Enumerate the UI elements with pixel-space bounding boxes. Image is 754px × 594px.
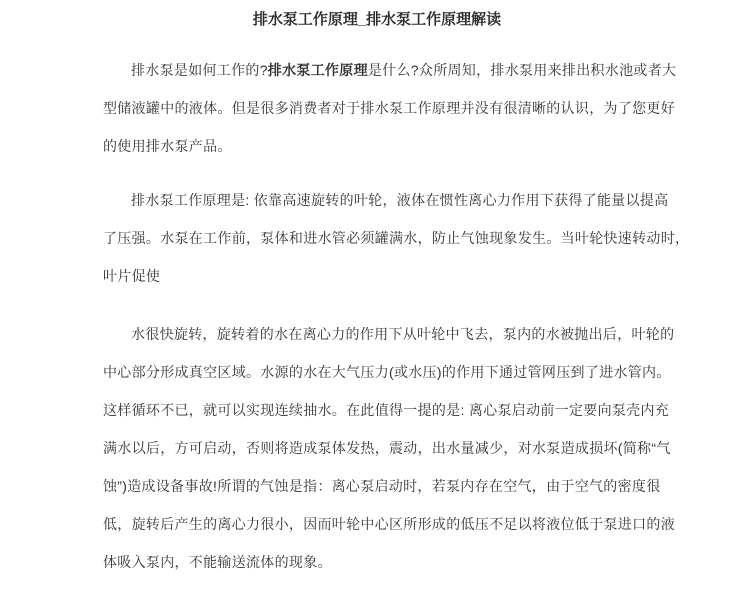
- paragraph-line: 型储液罐中的液体。但是很多消费者对于排水泵工作原理并没有很清晰的认识，为了您更好: [103, 89, 651, 127]
- paragraph-line: 蚀”)造成设备事故!所谓的气蚀是指：离心泵启动时，若泵内存在空气，由于空气的密度…: [103, 467, 651, 505]
- paragraph-line: 这样循环不已，就可以实现连续抽水。在此值得一提的是: 离心泵启动前一定要向泵壳内…: [103, 391, 651, 429]
- paragraph-line: 低，旋转后产生的离心力很小，因而叶轮中心区所形成的低压不足以将液位低于泵进口的液: [103, 505, 651, 543]
- paragraph-line: 中心部分形成真空区域。水源的水在大气压力(或水压)的作用下通过管网压到了进水管内…: [103, 353, 651, 391]
- paragraph-line: 排水泵工作原理是: 依靠高速旋转的叶轮，液体在惯性离心力作用下获得了能量以提高: [103, 181, 651, 219]
- document-page: 排水泵工作原理_排水泵工作原理解读 排水泵是如何工作的?排水泵工作原理是什么?众…: [0, 0, 754, 594]
- paragraph-principle: 排水泵工作原理是: 依靠高速旋转的叶轮，液体在惯性离心力作用下获得了能量以提高 …: [103, 181, 651, 295]
- paragraph-line: 水很快旋转，旋转着的水在离心力的作用下从叶轮中飞去，泵内的水被抛出后，叶轮的: [103, 315, 651, 353]
- text-run: 排水泵是如何工作的?: [131, 62, 268, 78]
- paragraph-line: 的使用排水泵产品。: [103, 127, 651, 165]
- paragraph-line: 了压强。水泵在工作前，泵体和进水管必须罐满水，防止气蚀现象发生。当叶轮快速转动时…: [103, 219, 651, 257]
- paragraph-intro: 排水泵是如何工作的?排水泵工作原理是什么?众所周知，排水泵用来排出积水池或者大 …: [103, 51, 651, 165]
- paragraph-line: 满水以后，方可启动，否则将造成泵体发热，震动，出水量减少，对水泵造成损坏(简称“…: [103, 429, 651, 467]
- bold-keyword: 排水泵工作原理: [268, 62, 368, 78]
- text-run: 是什么?众所周知，排水泵用来排出积水池或者大: [368, 62, 676, 78]
- paragraph-line: 体吸入泵内，不能输送流体的现象。: [103, 543, 651, 581]
- paragraph-line: 排水泵是如何工作的?排水泵工作原理是什么?众所周知，排水泵用来排出积水池或者大: [103, 51, 651, 89]
- paragraph-detail: 水很快旋转，旋转着的水在离心力的作用下从叶轮中飞去，泵内的水被抛出后，叶轮的 中…: [103, 315, 651, 581]
- page-title: 排水泵工作原理_排水泵工作原理解读: [0, 0, 754, 31]
- paragraph-line: 叶片促使: [103, 257, 651, 295]
- article-body: 排水泵是如何工作的?排水泵工作原理是什么?众所周知，排水泵用来排出积水池或者大 …: [103, 51, 651, 581]
